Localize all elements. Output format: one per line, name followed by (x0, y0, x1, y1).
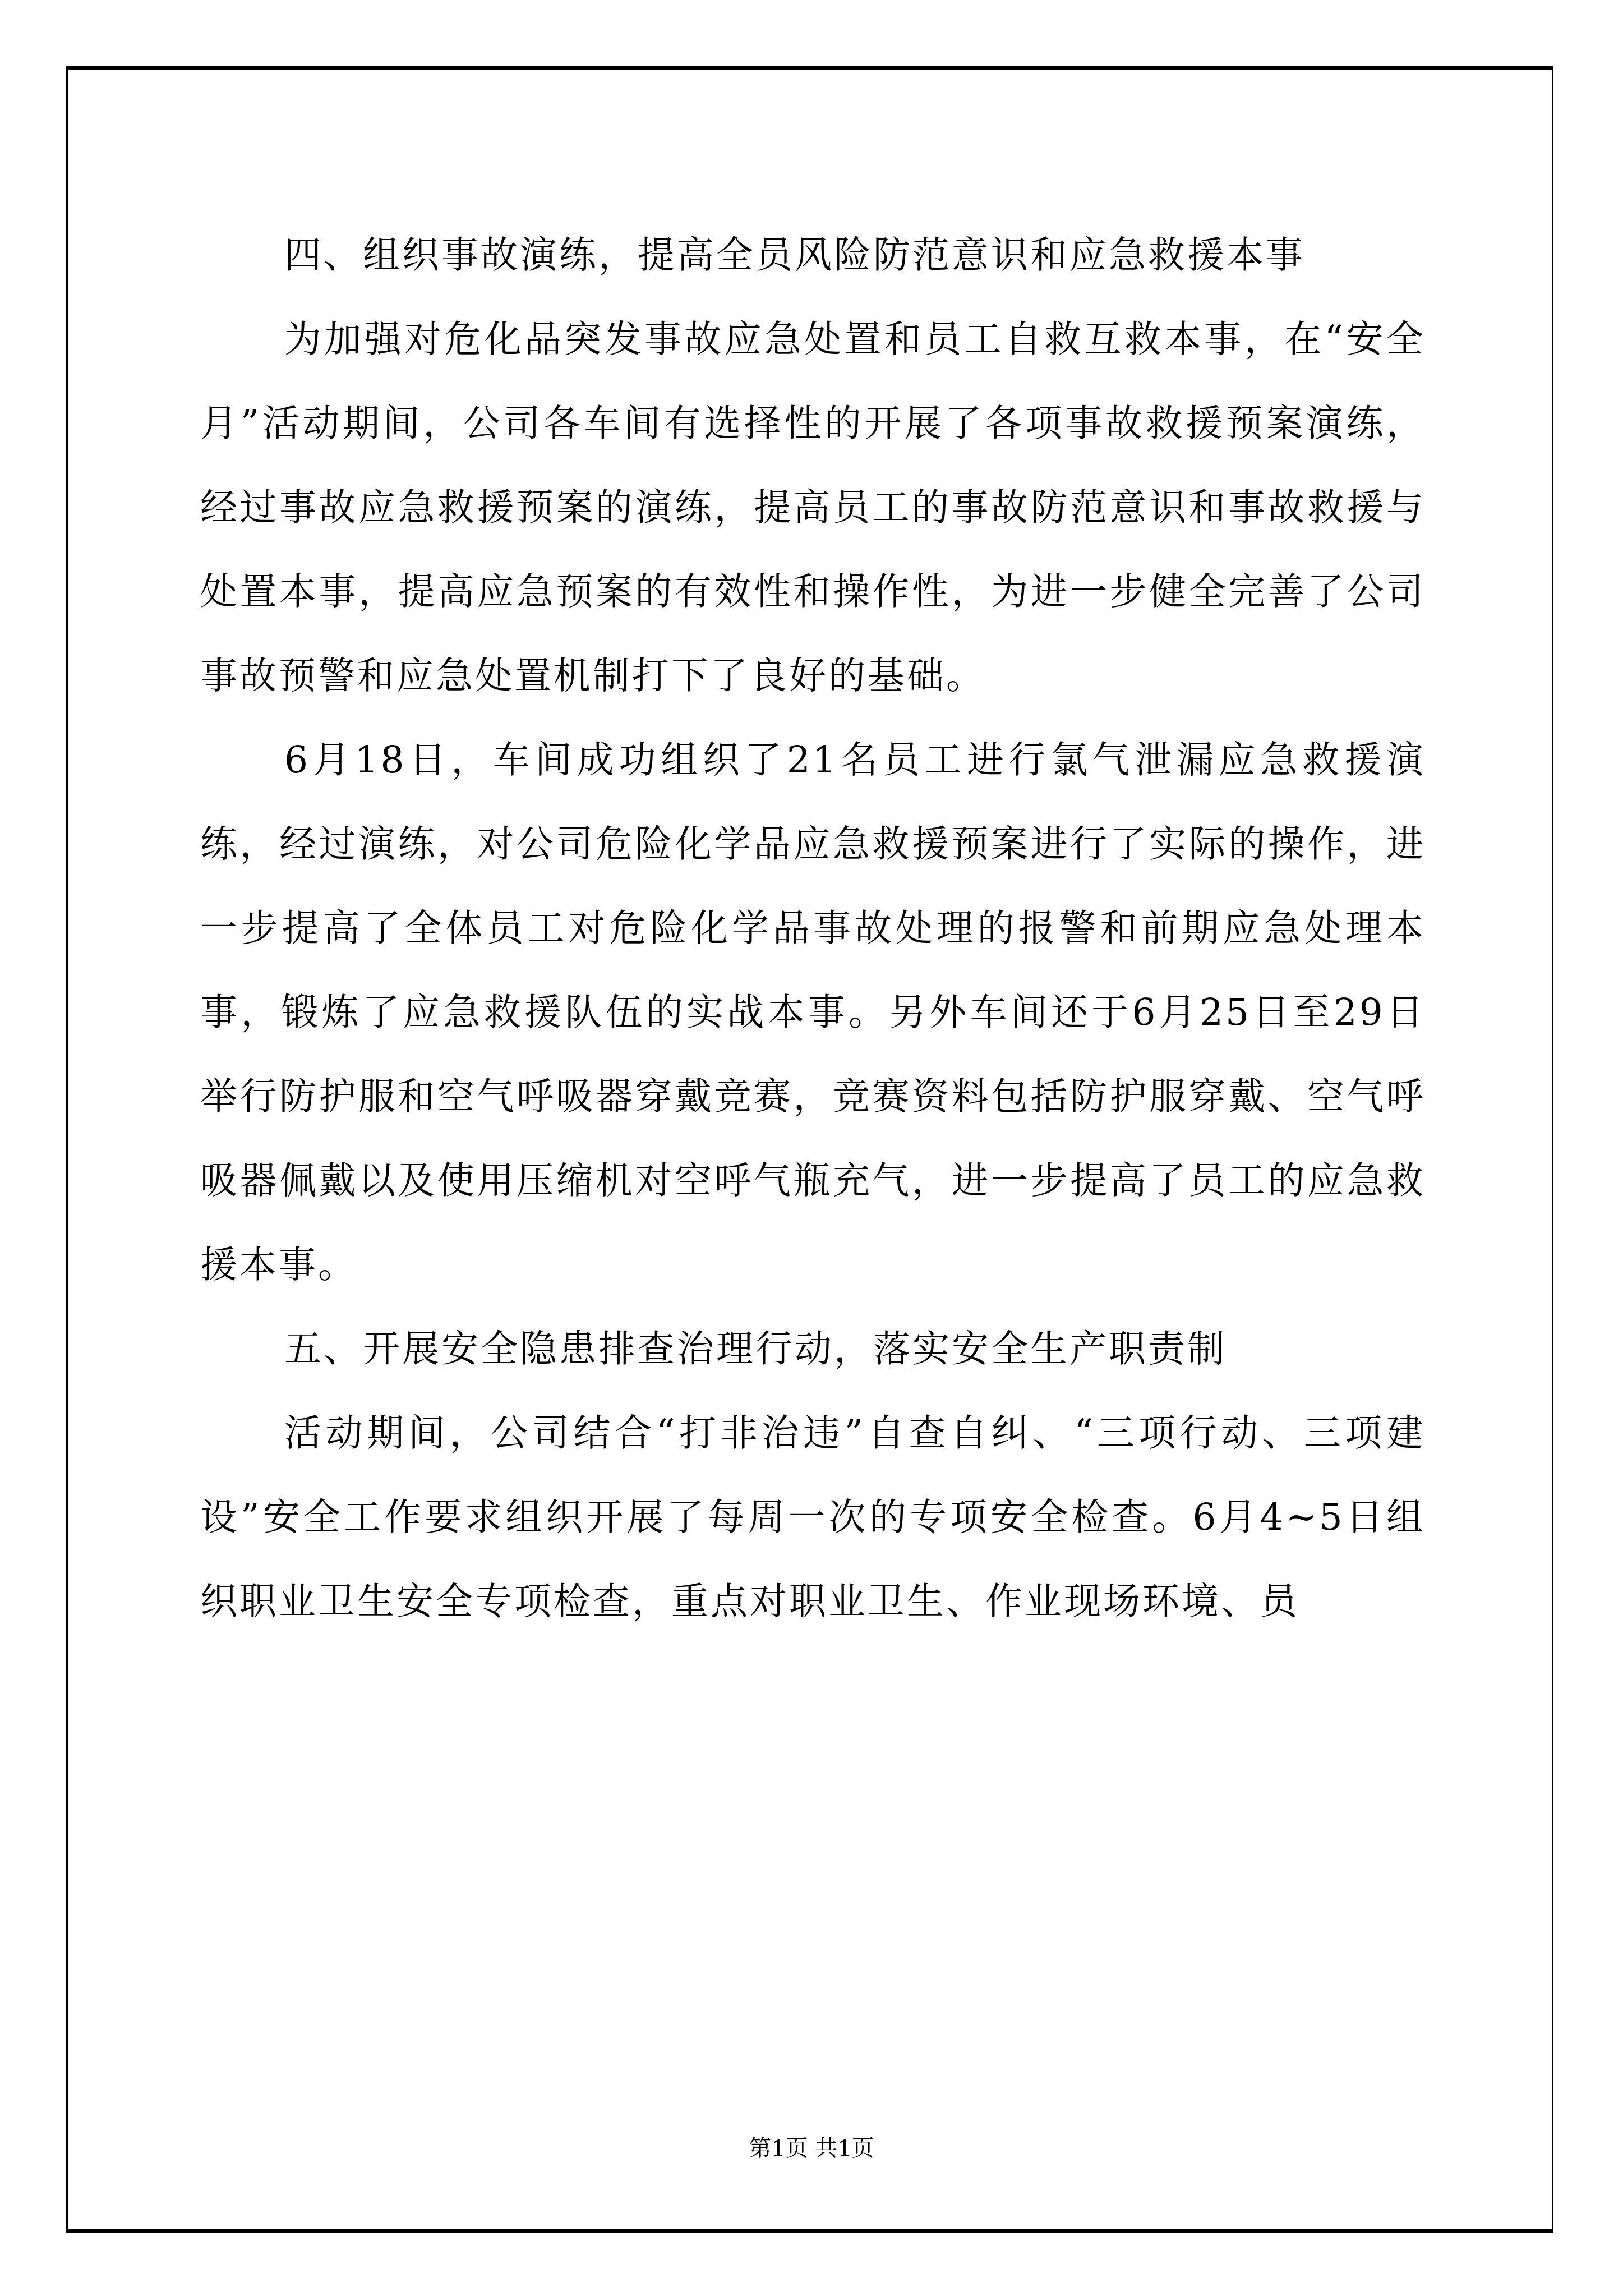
document-body: 四、组织事故演练，提高全员风险防范意识和应急救援本事 为加强对危化品突发事故应急… (200, 213, 1426, 1644)
paragraph-chlorine-drill: 6月18日，车间成功组织了21名员工进行氯气泄漏应急救援演练，经过演练，对公司危… (200, 718, 1426, 1307)
section-heading-5: 五、开展安全隐患排查治理行动，落实安全生产职责制 (200, 1307, 1426, 1391)
page-footer: 第1页 共1页 (0, 2134, 1623, 2162)
section-heading-4: 四、组织事故演练，提高全员风险防范意识和应急救援本事 (200, 213, 1426, 297)
paragraph-emergency-drill-intro: 为加强对危化品突发事故应急处置和员工自救互救本事，在“安全月”活动期间，公司各车… (200, 297, 1426, 718)
paragraph-safety-inspection: 活动期间，公司结合“打非治违”自查自纠、“三项行动、三项建设”安全工作要求组织开… (200, 1391, 1426, 1644)
